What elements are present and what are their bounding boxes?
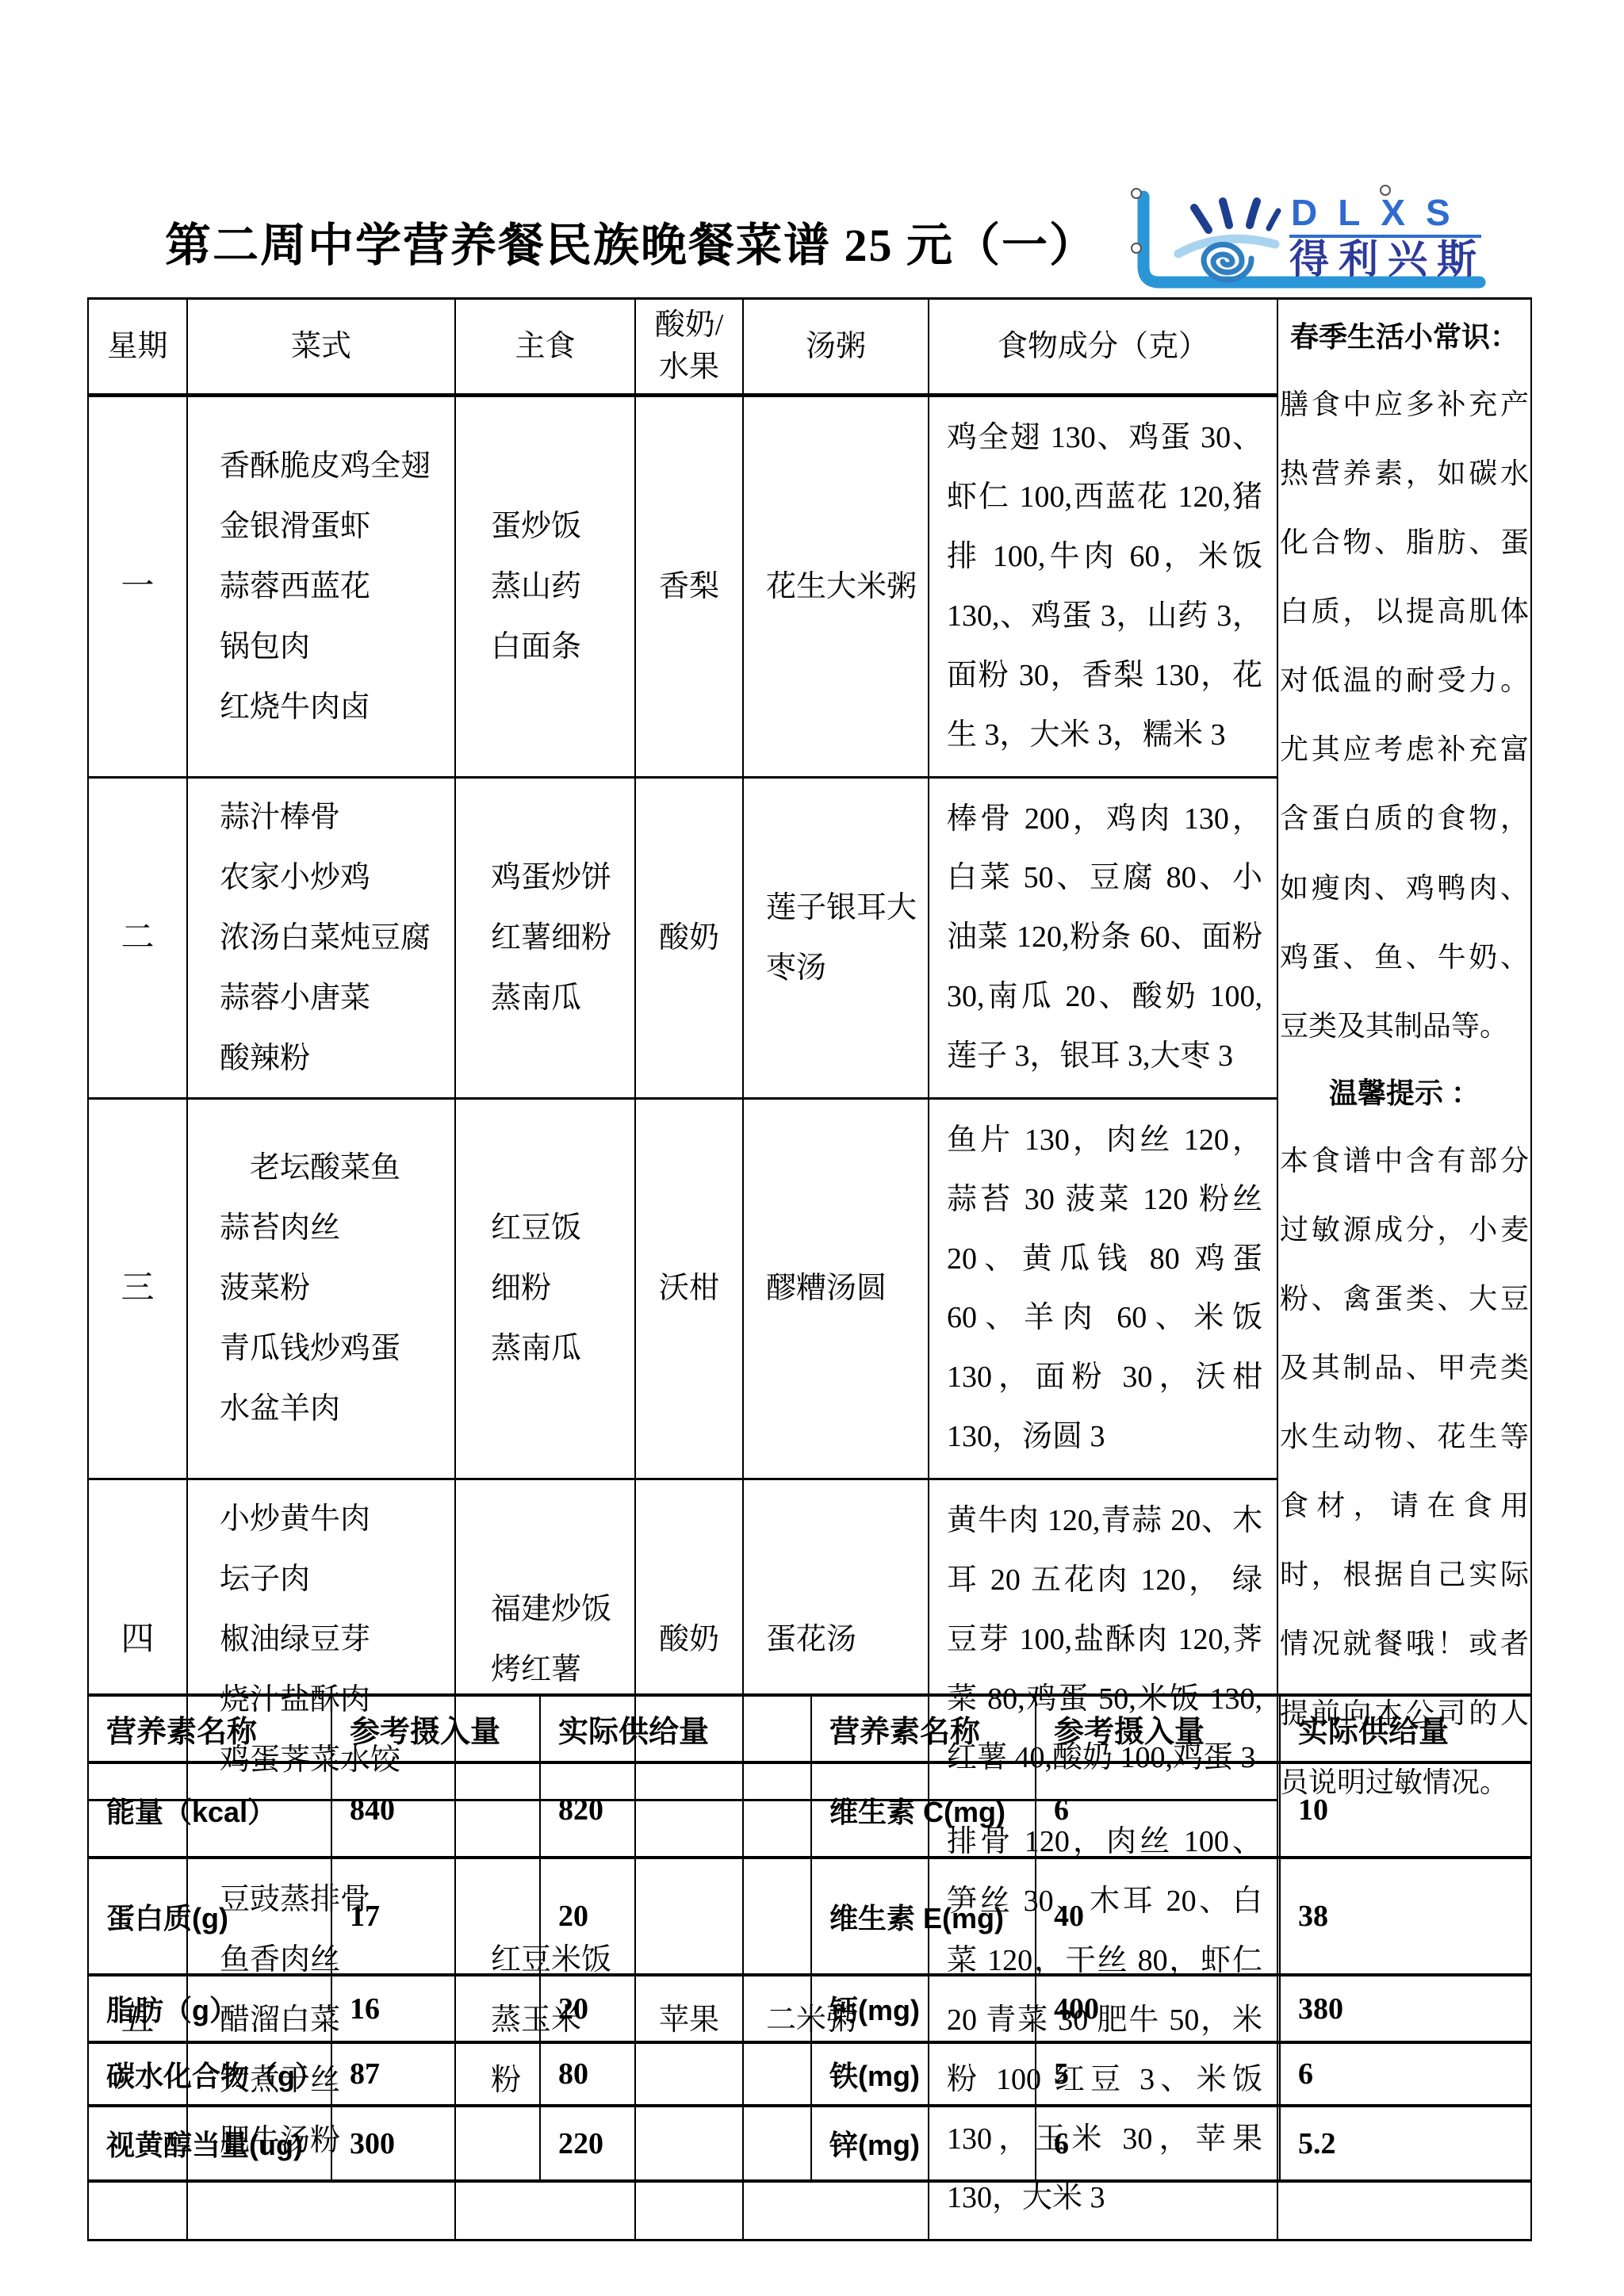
selection-handle	[1131, 243, 1142, 254]
nutrient-label: 蛋白质(g)	[88, 1858, 331, 1975]
reference-value: 17	[331, 1858, 540, 1975]
actual-value: 20	[540, 1858, 811, 1975]
nutrient-name-header: 营养素名称	[88, 1695, 331, 1762]
selection-handle	[1380, 185, 1391, 196]
nutrition-row: 视黄醇当量(ug) 300 220 锌(mg) 6 5.2	[88, 2106, 1531, 2181]
actual-value: 20	[540, 1975, 811, 2042]
logo-chinese-name: 得利兴斯	[1289, 237, 1486, 281]
reference-value: 16	[331, 1975, 540, 2042]
spring-tips-body: 膳食中应多补充产热营养素，如碳水化合物、脂肪、蛋白质，以提高肌体对低温的耐受力。…	[1280, 370, 1529, 1061]
dishes-cell: 香酥脆皮鸡全翅 金银滑蛋虾 蒜蓉西蓝花 锅包肉 红烧牛肉卤	[187, 396, 455, 777]
reference-value: 6	[1036, 2106, 1280, 2181]
nutrient-name-header: 营养素名称	[811, 1695, 1036, 1762]
allergy-notice-title: 温馨提示 ：	[1280, 1061, 1529, 1127]
nutrient-label: 脂肪（g）	[88, 1975, 331, 2042]
yogurt-fruit-cell: 香梨	[635, 396, 743, 777]
menu-header-row: 星期 菜式 主食 酸奶/ 水果 汤粥 食物成分（克） 春季生活小常识： 膳食中应…	[88, 299, 1531, 396]
nutrition-row: 脂肪（g） 16 20 钙(mg) 400 380	[88, 1975, 1531, 2042]
staple-cell: 蛋炒饭 蒸山药 白面条	[455, 396, 635, 777]
staple-cell: 红豆饭 细粉 蒸南瓜	[455, 1098, 635, 1479]
reference-value: 840	[331, 1762, 540, 1858]
ingredients-cell: 鸡全翅 130、鸡蛋 30、虾仁 100,西蓝花 120,猪排 100,牛肉 6…	[929, 396, 1277, 777]
reference-value: 5	[1036, 2042, 1280, 2106]
actual-value: 10	[1280, 1762, 1531, 1858]
actual-value: 80	[540, 2042, 811, 2106]
reference-value: 300	[331, 2106, 540, 2181]
day-label: 一	[88, 396, 187, 777]
actual-supply-header: 实际供给量	[540, 1695, 811, 1762]
header-soup: 汤粥	[743, 299, 929, 396]
soup-cell: 莲子银耳大枣汤	[743, 777, 929, 1098]
actual-value: 6	[1280, 2042, 1531, 2106]
reference-value: 400	[1036, 1975, 1280, 2042]
reference-value: 87	[331, 2042, 540, 2106]
nutrient-label: 能量（kcal）	[88, 1762, 331, 1858]
ingredients-cell: 棒骨 200，鸡肉 130，白菜 50、豆腐 80、小油菜 120,粉条 60、…	[929, 777, 1277, 1098]
logo-acronym: DLXS	[1291, 192, 1471, 233]
actual-value: 38	[1280, 1858, 1531, 1975]
nutrition-row: 碳水化合物（g） 87 80 铁(mg) 5 6	[88, 2042, 1531, 2106]
day-label: 二	[88, 777, 187, 1098]
dishes-cell: 蒜汁棒骨 农家小炒鸡 浓汤白菜炖豆腐 蒜蓉小唐菜 酸辣粉	[187, 777, 455, 1098]
soup-cell: 花生大米粥	[743, 396, 929, 777]
eyelashes-icon	[1194, 201, 1278, 230]
spiral-eye-icon	[1204, 244, 1251, 280]
staple-cell: 鸡蛋炒饼 红薯细粉 蒸南瓜	[455, 777, 635, 1098]
dishes-cell: 老坛酸菜鱼 蒜苔肉丝 菠菜粉 青瓜钱炒鸡蛋 水盆羊肉	[187, 1098, 455, 1479]
selection-handle	[1131, 188, 1142, 199]
reference-value: 6	[1036, 1762, 1280, 1858]
header-day: 星期	[88, 299, 187, 396]
nutrient-label: 视黄醇当量(ug)	[88, 2106, 331, 2181]
document-page: 第二周中学营养餐民族晚餐菜谱 25 元（一） DLXS 得利兴斯	[0, 0, 1624, 2296]
header-ingredients: 食物成分（克）	[929, 299, 1277, 396]
nutrient-label: 锌(mg)	[811, 2106, 1036, 2181]
actual-value: 380	[1280, 1975, 1531, 2042]
dlxs-logo-graphic: DLXS 得利兴斯	[1132, 190, 1491, 293]
nutrient-label: 铁(mg)	[811, 2042, 1036, 2106]
yogurt-fruit-cell: 沃柑	[635, 1098, 743, 1479]
actual-value: 820	[540, 1762, 811, 1858]
nutrient-label: 维生素 E(mg)	[811, 1858, 1036, 1975]
actual-supply-header: 实际供给量	[1280, 1695, 1531, 1762]
nutrient-label: 维生素 C(mg)	[811, 1762, 1036, 1858]
reference-value: 40	[1036, 1858, 1280, 1975]
actual-value: 5.2	[1280, 2106, 1531, 2181]
reference-intake-header: 参考摄入量	[1036, 1695, 1280, 1762]
soup-cell: 醪糟汤圆	[743, 1098, 929, 1479]
header-dishes: 菜式	[187, 299, 455, 396]
nutrition-row: 能量（kcal） 840 820 维生素 C(mg) 6 10	[88, 1762, 1531, 1858]
yogurt-fruit-cell: 酸奶	[635, 777, 743, 1098]
nutrition-table: 营养素名称 参考摄入量 实际供给量 营养素名称 参考摄入量 实际供给量 能量（k…	[87, 1693, 1532, 2183]
day-label: 三	[88, 1098, 187, 1479]
ingredients-cell: 鱼片 130，肉丝 120，蒜苔 30 菠菜 120 粉丝 20、黄瓜钱 80 …	[929, 1098, 1277, 1479]
page-title: 第二周中学营养餐民族晚餐菜谱 25 元（一）	[165, 208, 1097, 274]
reference-intake-header: 参考摄入量	[331, 1695, 540, 1762]
nutrient-label: 钙(mg)	[811, 1975, 1036, 2042]
nutrient-label: 碳水化合物（g）	[88, 2042, 331, 2106]
company-logo: DLXS 得利兴斯	[1132, 190, 1491, 293]
header-staple: 主食	[455, 299, 635, 396]
spring-tips-title: 春季生活小常识：	[1280, 304, 1529, 370]
header-yogurt-fruit: 酸奶/ 水果	[635, 299, 743, 396]
actual-value: 220	[540, 2106, 811, 2181]
nutrition-header-row: 营养素名称 参考摄入量 实际供给量 营养素名称 参考摄入量 实际供给量	[88, 1695, 1531, 1762]
nutrition-row: 蛋白质(g) 17 20 维生素 E(mg) 40 38	[88, 1858, 1531, 1975]
